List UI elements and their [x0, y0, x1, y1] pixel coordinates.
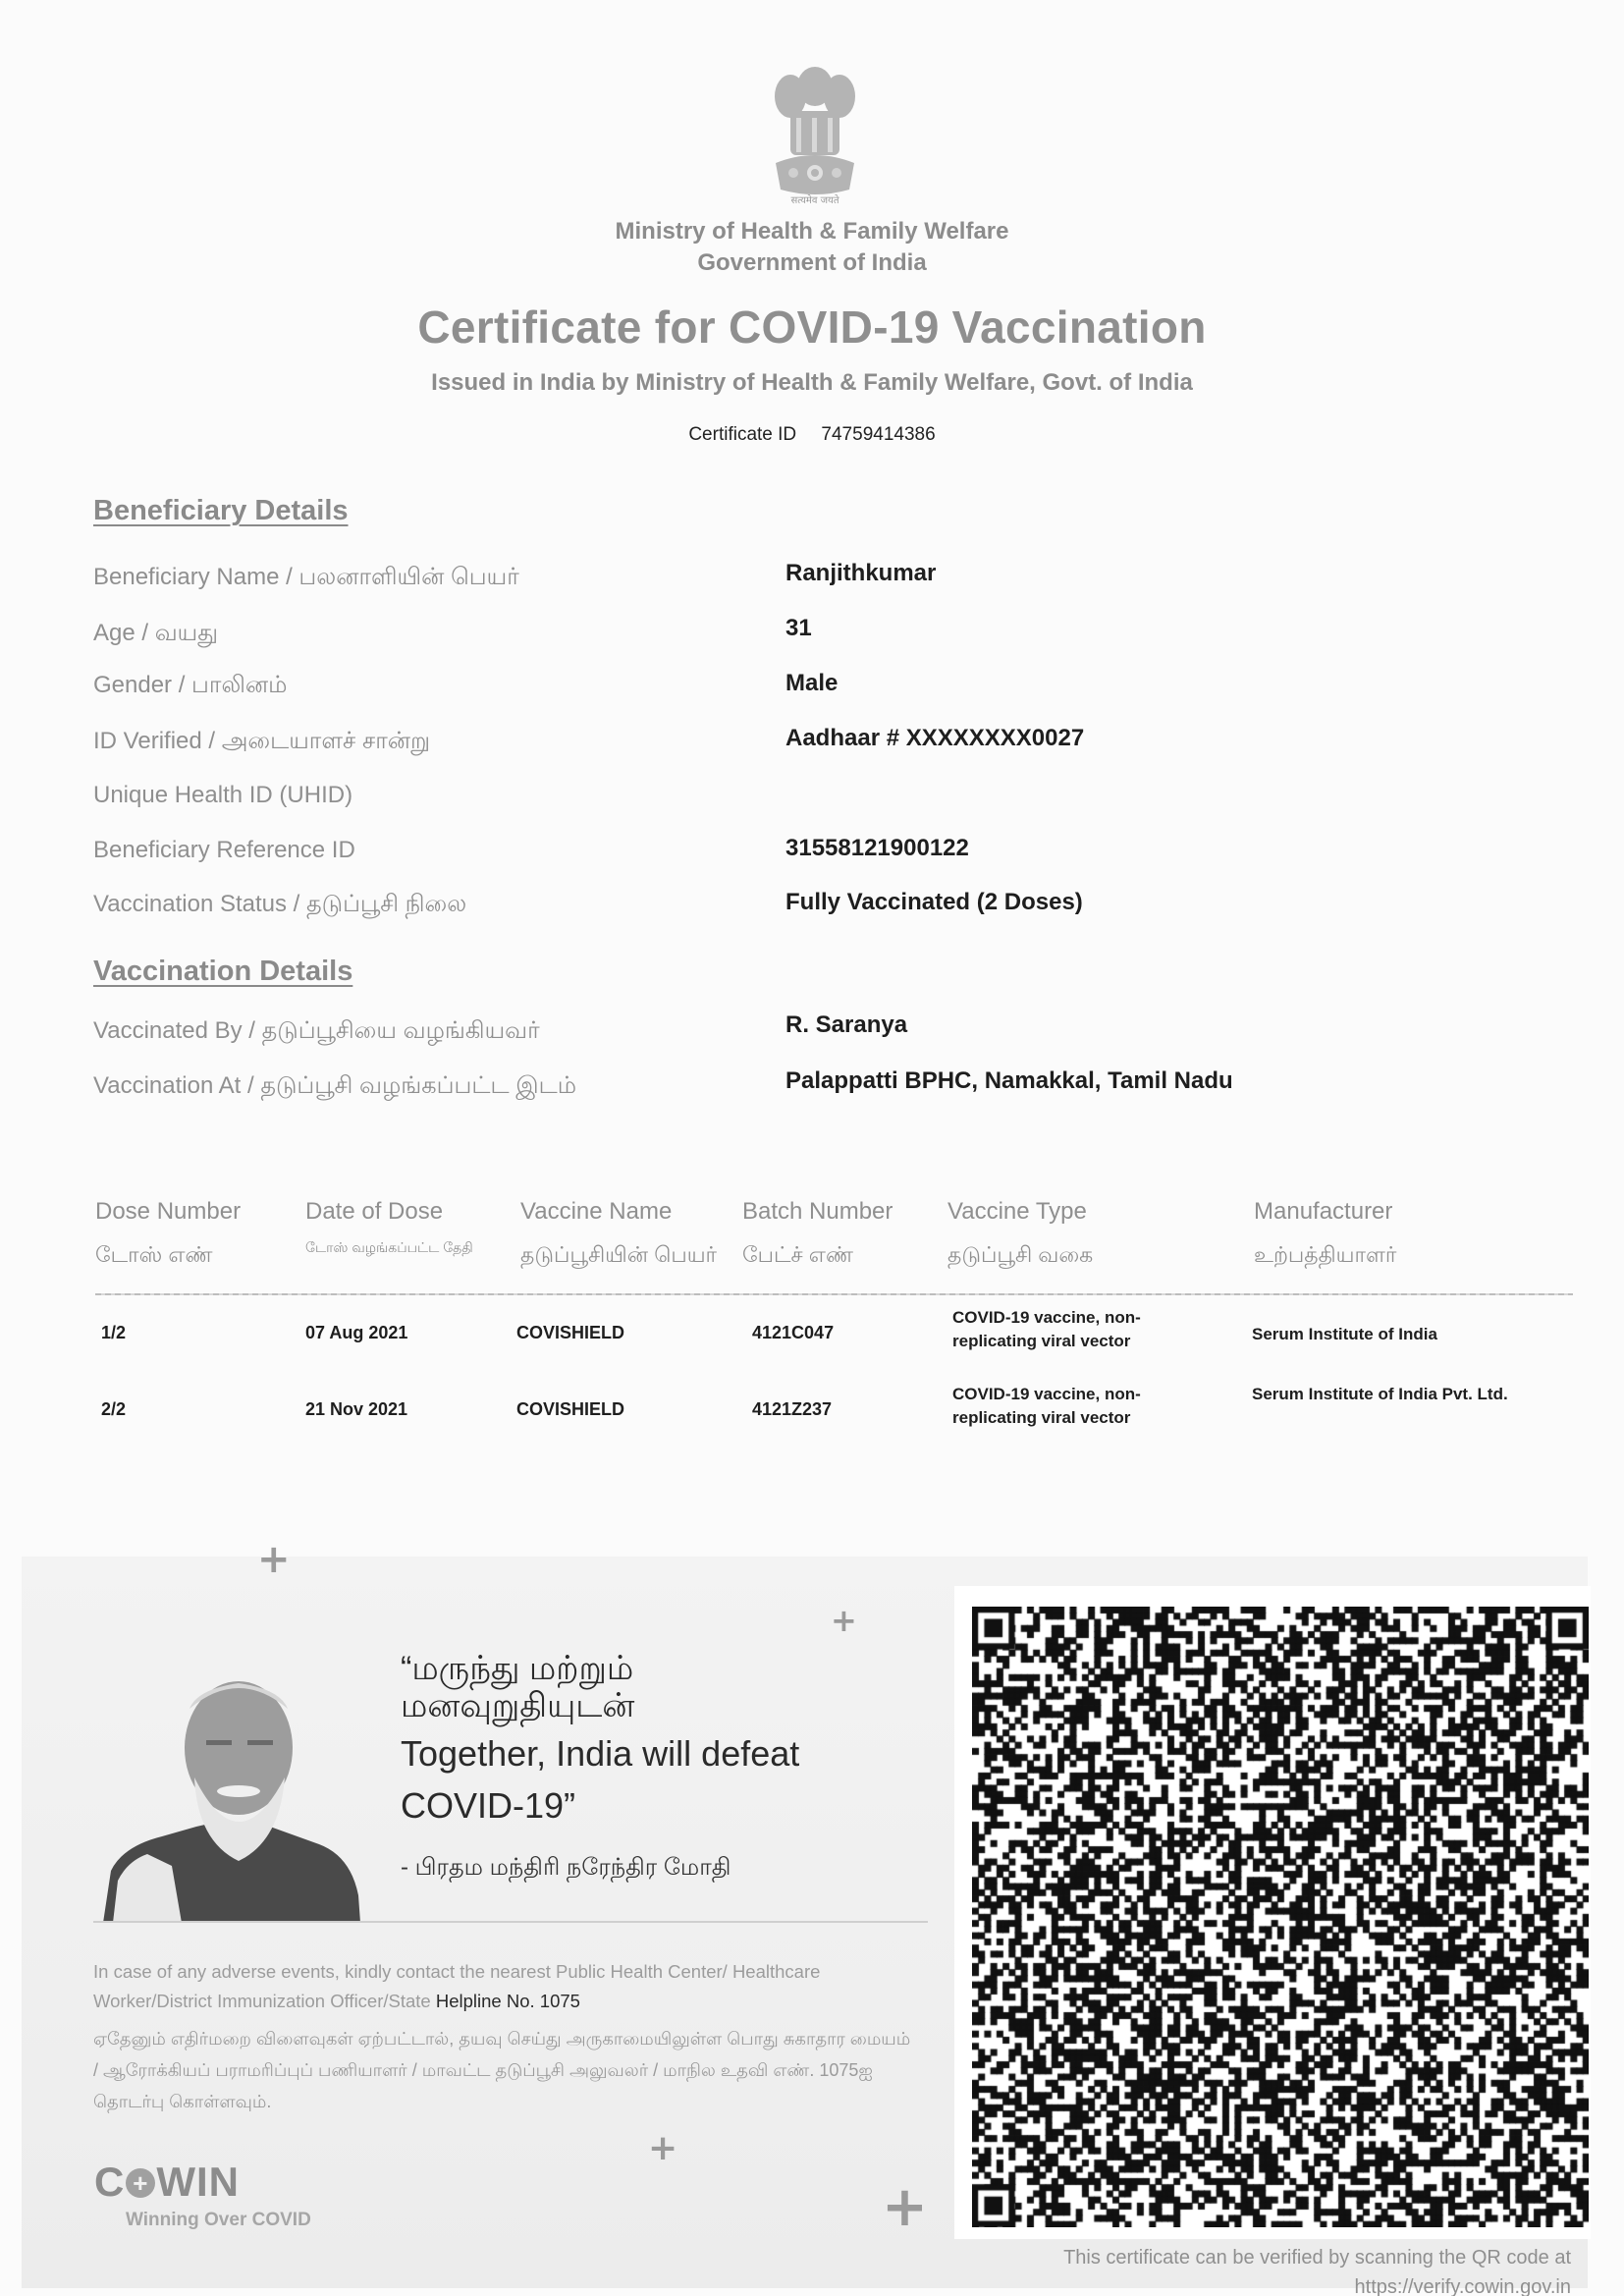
emblem-caption: सत्यमेव जयते [756, 192, 874, 206]
ministry-name: Ministry of Health & Family Welfare [0, 218, 1624, 246]
col-manufacturer: Manufacturer [1254, 1198, 1392, 1226]
verify-url: https://verify.cowin.gov.in [943, 2276, 1571, 2296]
col-vaccine-name-ta: தடுப்பூசியின் பெயர் [520, 1242, 717, 1271]
quote-tamil-line1: “மருந்து மற்றும் [401, 1650, 633, 1692]
prime-minister-portrait [93, 1669, 378, 1923]
beneficiary-reference-id-value: 31558121900122 [785, 835, 969, 862]
certificate-title: Certificate for COVID-19 Vaccination [0, 301, 1624, 354]
quote-english-line1: Together, India will defeat [401, 1733, 799, 1775]
vaccination-at-label: Vaccination At / தடுப்பூசி வழங்கப்பட்ட இ… [93, 1072, 576, 1102]
beneficiary-name-label: Beneficiary Name / பலனாளியின் பெயர் [93, 564, 519, 593]
col-batch-number-ta: பேட்ச் எண் [742, 1242, 853, 1271]
gender-label: Gender / பாலினம் [93, 672, 287, 701]
vaccination-details-heading: Vaccination Details [93, 956, 352, 988]
age-value: 31 [785, 615, 812, 642]
col-dose-number: Dose Number [95, 1198, 241, 1226]
vaccine-type: COVID-19 vaccine, non-replicating viral … [952, 1383, 1198, 1430]
issued-by: Issued in India by Ministry of Health & … [0, 369, 1624, 397]
col-batch-number: Batch Number [742, 1198, 893, 1226]
dose-number: 2/2 [101, 1399, 126, 1420]
manufacturer: Serum Institute of India Pvt. Ltd. [1252, 1383, 1537, 1406]
plus-icon: + [648, 2131, 677, 2166]
dose-date: 21 Nov 2021 [305, 1399, 407, 1420]
quote-attribution: - பிரதம மந்திரி நரேந்திர மோதி [401, 1854, 731, 1884]
plus-icon: + [257, 1540, 291, 1579]
cross-icon: + [126, 2168, 155, 2198]
col-manufacturer-ta: உற்பத்தியாளர் [1254, 1242, 1396, 1271]
col-vaccine-name: Vaccine Name [520, 1198, 672, 1226]
vaccine-name: COVISHIELD [516, 1323, 624, 1343]
verify-instructions: This certificate can be verified by scan… [943, 2247, 1571, 2269]
government-name: Government of India [0, 249, 1624, 277]
banner-divider [93, 1921, 928, 1923]
vaccination-status-label: Vaccination Status / தடுப்பூசி நிலை [93, 891, 466, 920]
dose-number: 1/2 [101, 1323, 126, 1343]
quote-tamil-line2: மனவுறுதியுடன் [401, 1687, 634, 1729]
quote-english-line2: COVID-19” [401, 1785, 575, 1827]
vaccinated-by-value: R. Saranya [785, 1011, 907, 1039]
id-verified-label: ID Verified / அடையாளச் சான்று [93, 728, 430, 757]
vaccine-type: COVID-19 vaccine, non-replicating viral … [952, 1306, 1198, 1353]
vaccine-name: COVISHIELD [516, 1399, 624, 1420]
vaccination-status-value: Fully Vaccinated (2 Doses) [785, 889, 1083, 916]
col-date-of-dose: Date of Dose [305, 1198, 443, 1226]
uhid-label: Unique Health ID (UHID) [93, 782, 352, 809]
vaccinated-by-label: Vaccinated By / தடுப்பூசியை வழங்கியவர் [93, 1017, 540, 1047]
col-dose-number-ta: டோஸ் எண் [95, 1242, 213, 1271]
vaccination-at-value: Palappatti BPHC, Namakkal, Tamil Nadu [785, 1067, 1233, 1095]
col-vaccine-type: Vaccine Type [947, 1198, 1087, 1226]
gender-value: Male [785, 670, 838, 697]
manufacturer: Serum Institute of India [1252, 1323, 1537, 1346]
dose-date: 07 Aug 2021 [305, 1323, 407, 1343]
cowin-logo: C+WIN [94, 2159, 240, 2206]
age-label: Age / வயது [93, 620, 218, 649]
national-emblem-icon [761, 57, 869, 204]
certificate-id: Certificate ID 74759414386 [0, 424, 1624, 446]
certificate-id-label: Certificate ID [688, 424, 796, 445]
batch-number: 4121C047 [752, 1323, 834, 1343]
id-verified-value: Aadhaar # XXXXXXXX0027 [785, 725, 1084, 752]
beneficiary-reference-id-label: Beneficiary Reference ID [93, 837, 355, 864]
col-date-of-dose-ta: டோஸ் வழங்கப்பட்ட தேதி [305, 1239, 502, 1255]
plus-icon: + [882, 2180, 928, 2235]
beneficiary-details-heading: Beneficiary Details [93, 495, 349, 527]
beneficiary-name-value: Ranjithkumar [785, 560, 936, 587]
qr-code-icon [972, 1607, 1589, 2227]
adverse-events-advisory: In case of any adverse events, kindly co… [93, 1957, 918, 2016]
batch-number: 4121Z237 [752, 1399, 832, 1420]
certificate-id-value: 74759414386 [821, 424, 935, 445]
helpline-number: Helpline No. 1075 [436, 1991, 580, 2011]
cowin-tagline: Winning Over COVID [126, 2210, 311, 2231]
adverse-events-advisory-tamil: ஏதேனும் எதிர்மறை விளைவுகள் ஏற்பட்டால், த… [93, 2023, 918, 2117]
table-divider [95, 1293, 1573, 1295]
plus-icon: + [831, 1605, 857, 1636]
col-vaccine-type-ta: தடுப்பூசி வகை [947, 1242, 1093, 1271]
